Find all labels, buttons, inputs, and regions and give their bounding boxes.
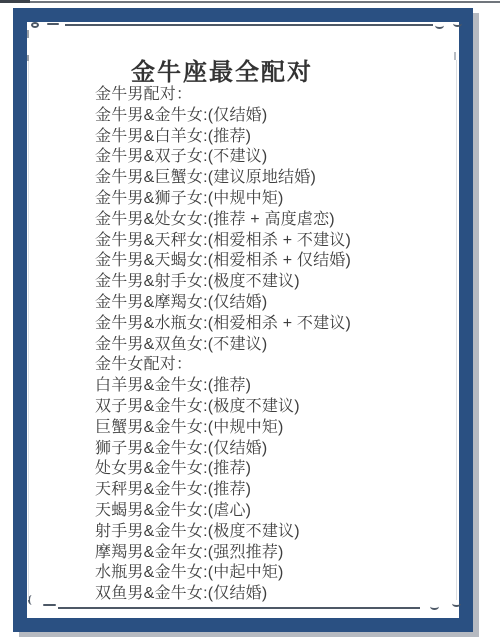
frame-ornament-top-right-curl-outer <box>453 20 462 27</box>
bordered-card: 金牛座最全配对 金牛男配对： 金牛男&金牛女:(仅结婚) 金牛男&白羊女:(推荐… <box>13 8 473 632</box>
pair-line: 狮子男&金牛女:(仅结婚) <box>95 439 445 460</box>
pair-line: 金牛男&白羊女:(推荐) <box>95 127 445 148</box>
pair-line: 射手男&金牛女:(极度不建议) <box>95 522 445 543</box>
top-edge-artifact-segment <box>0 0 30 3</box>
frame-ornament-bottom-left-dash <box>43 604 56 606</box>
pair-line: 金牛男&狮子女:(中规中矩) <box>95 189 445 210</box>
pair-line: 金牛男&金牛女:(仅结婚) <box>95 106 445 127</box>
pair-line: 金牛男&天蝎女:(相爱相杀 + 仅结婚) <box>95 251 445 272</box>
pair-line: 天蝎男&金牛女:(虐心) <box>95 501 445 522</box>
pair-line: 金牛男&双子女:(不建议) <box>95 147 445 168</box>
pair-line: 金牛男&双鱼女:(不建议) <box>95 335 445 356</box>
pair-line: 金牛男&天秤女:(相爱相杀 + 不建议) <box>95 231 445 252</box>
page-title: 金牛座最全配对 <box>27 52 417 87</box>
pair-line: 金牛男&处女女:(推荐 + 高度虐恋) <box>95 210 445 231</box>
frame-bottom-line <box>58 607 420 609</box>
frame-right-tick-1 <box>454 52 456 60</box>
frame-left-tick-1 <box>27 30 29 38</box>
pair-line: 巨蟹男&金牛女:(中规中矩) <box>95 418 445 439</box>
frame-right-line <box>456 60 457 600</box>
pair-line: 双子男&金牛女:(极度不建议) <box>95 397 445 418</box>
pair-line: 摩羯男&金年女:(强烈推荐) <box>95 543 445 564</box>
frame-left-line <box>28 60 29 600</box>
pair-line: 金牛男&水瓶女:(相爱相杀 + 不建议) <box>95 314 445 335</box>
pair-line: 天秤男&金牛女:(推荐) <box>95 480 445 501</box>
top-edge-artifact-line <box>0 1 500 3</box>
frame-ornament-top-left-dash <box>47 23 59 25</box>
frame-ornament-bottom-right-curl-outer <box>452 600 461 607</box>
section-header: 金牛男配对： <box>95 85 445 106</box>
frame-ornament-bottom-left-curl <box>28 595 36 605</box>
section-header: 金牛女配对： <box>95 355 445 376</box>
pair-line: 白羊男&金牛女:(推荐) <box>95 376 445 397</box>
pair-line: 金牛男&摩羯女:(仅结婚) <box>95 293 445 314</box>
pair-line: 金牛男&巨蟹女:(建议原地结婚) <box>95 168 445 189</box>
pair-line: 双鱼男&金牛女:(仅结婚) <box>95 584 445 605</box>
pair-line: 水瓶男&金牛女:(中起中矩) <box>95 563 445 584</box>
pair-line: 处女男&金牛女:(推荐) <box>95 459 445 480</box>
pair-line: 金牛男&射手女:(极度不建议) <box>95 272 445 293</box>
frame-ornament-top-left-circle <box>31 22 39 28</box>
frame-ornament-top-right-curl <box>435 22 444 29</box>
frame-top-line <box>65 24 433 26</box>
pairing-list: 金牛男配对： 金牛男&金牛女:(仅结婚) 金牛男&白羊女:(推荐) 金牛男&双子… <box>95 85 445 605</box>
